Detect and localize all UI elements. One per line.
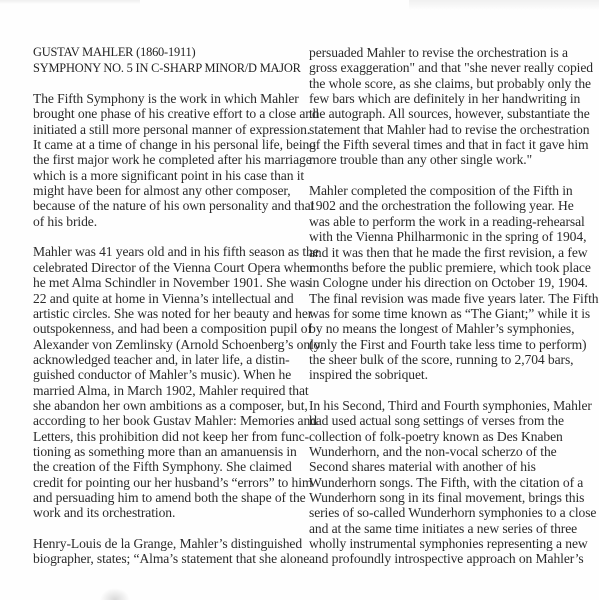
text-line: the creation of the Fifth Symphony. She …: [33, 459, 295, 474]
text-line: work and its orchestration.: [33, 505, 295, 520]
text-line: Wunderhorn songs. The Fifth, with the ci…: [309, 475, 571, 490]
paragraph: The Fifth Symphony is the work in which …: [33, 91, 295, 229]
text-line: statement that Mahler had to revise the …: [309, 122, 571, 137]
text-line: because of the nature of his own persona…: [33, 198, 295, 213]
text-line: might have been for almost any other com…: [33, 183, 295, 198]
text-line: the autograph. All sources, however, sub…: [309, 106, 571, 121]
text-line: 22 and quite at home in Vienna’s intelle…: [33, 291, 295, 306]
text-line: and it was then that he made the first r…: [309, 245, 571, 260]
text-line: persuaded Mahler to revise the orchestra…: [309, 45, 571, 60]
text-line: of the Fifth several times and that in f…: [309, 137, 571, 152]
text-line: Wunderhorn, and the non-vocal scherzo of…: [309, 444, 571, 459]
text-line: Henry-Louis de la Grange, Mahler’s disti…: [33, 536, 295, 551]
text-line: by no means the longest of Mahler’s symp…: [309, 321, 571, 336]
text-line: brought one phase of his creative effort…: [33, 106, 295, 121]
paragraph: Henry-Louis de la Grange, Mahler’s disti…: [33, 536, 295, 567]
text-line: celebrated Director of the Vienna Court …: [33, 260, 295, 275]
text-line: was able to perform the work in a readin…: [309, 214, 571, 229]
text-line: and profoundly introspective approach on…: [309, 551, 571, 566]
text-line: was for some time known as “The Giant;” …: [309, 306, 571, 321]
text-line: inspired the sobriquet.: [309, 367, 571, 382]
paragraph: Mahler was 41 years old and in his fifth…: [33, 244, 295, 520]
text-line: credit for pointing our her husband’s “e…: [33, 475, 295, 490]
text-line: she abandon her own ambitions as a compo…: [33, 398, 295, 413]
scan-edge-shadow: [0, 0, 140, 4]
text-line: according to her book Gustav Mahler: Mem…: [33, 413, 295, 428]
text-line: with the Vienna Philharmonic in the spri…: [309, 229, 571, 244]
text-line: and persuading him to amend both the sha…: [33, 490, 295, 505]
paragraph: Mahler completed the composition of the …: [309, 183, 571, 382]
text-line: few bars which are definitely in her han…: [309, 91, 571, 106]
text-line: artistic circles. She was noted for her …: [33, 306, 295, 321]
paragraph: In his Second, Third and Fourth symphoni…: [309, 398, 571, 567]
text-line: 1902 and the orchestration the following…: [309, 198, 571, 213]
text-line: wholly instrumental symphonies represent…: [309, 536, 571, 551]
paragraph: persuaded Mahler to revise the orchestra…: [309, 45, 571, 168]
text-line: initiated a still more personal manner o…: [33, 122, 295, 137]
text-line: It came at a time of change in his perso…: [33, 137, 295, 152]
work-title: SYMPHONY NO. 5 IN C-SHARP MINOR/D MAJOR: [33, 61, 295, 77]
right-column: persuaded Mahler to revise the orchestra…: [309, 45, 571, 582]
text-line: In his Second, Third and Fourth symphoni…: [309, 398, 571, 413]
composer-title: GUSTAV MAHLER (1860-1911): [33, 45, 295, 61]
text-line: in Cologne under his direction on Octobe…: [309, 275, 571, 290]
text-line: months before the public premiere, which…: [309, 260, 571, 275]
text-line: more trouble than any other single work.…: [309, 152, 571, 167]
text-line: Wunderhorn song in its final movement, b…: [309, 490, 571, 505]
text-line: guished conductor of Mahler’s music). Wh…: [33, 367, 295, 382]
text-line: had used actual song settings of verses …: [309, 413, 571, 428]
text-line: The Fifth Symphony is the work in which …: [33, 91, 295, 106]
text-line: biographer, states; “Alma’s statement th…: [33, 551, 295, 566]
text-line: acknowledged teacher and, in later life,…: [33, 352, 295, 367]
scan-edge-shadow: [409, 0, 599, 10]
text-line: collection of folk-poetry known as Des K…: [309, 429, 571, 444]
text-line: the whole score, as she claims, but prob…: [309, 76, 571, 91]
left-column-body: The Fifth Symphony is the work in which …: [33, 91, 295, 567]
text-line: series of so-called Wunderhorn symphonie…: [309, 505, 571, 520]
text-line: The final revision was made five years l…: [309, 291, 571, 306]
booklet-page: GUSTAV MAHLER (1860-1911) SYMPHONY NO. 5…: [0, 0, 599, 600]
text-line: Second shares material with another of h…: [309, 459, 571, 474]
text-line: outspokenness, and had been a compositio…: [33, 321, 295, 336]
text-line: married Alma, in March 1902, Mahler requ…: [33, 383, 295, 398]
text-line: the first major work he completed after …: [33, 152, 295, 167]
text-line: he met Alma Schindler in November 1901. …: [33, 275, 295, 290]
text-line: Mahler was 41 years old and in his fifth…: [33, 244, 295, 259]
text-line: the sheer bulk of the score, running to …: [309, 352, 571, 367]
text-line: Mahler completed the composition of the …: [309, 183, 571, 198]
text-line: which is a more significant point in his…: [33, 168, 295, 183]
right-column-body: persuaded Mahler to revise the orchestra…: [309, 45, 571, 567]
text-line: Alexander von Zemlinsky (Arnold Schoenbe…: [33, 337, 295, 352]
text-line: gross exaggeration" and that "she never …: [309, 60, 571, 75]
page-heading: GUSTAV MAHLER (1860-1911) SYMPHONY NO. 5…: [33, 45, 295, 76]
text-line: and at the same time initiates a new ser…: [309, 521, 571, 536]
text-line: of his bride.: [33, 214, 295, 229]
text-line: (only the First and Fourth take less tim…: [309, 337, 571, 352]
text-line: tioning as something more than an amanue…: [33, 444, 295, 459]
scan-edge-shadow: [100, 588, 130, 600]
text-line: Letters, this prohibition did not keep h…: [33, 429, 295, 444]
left-column: GUSTAV MAHLER (1860-1911) SYMPHONY NO. 5…: [33, 45, 295, 582]
